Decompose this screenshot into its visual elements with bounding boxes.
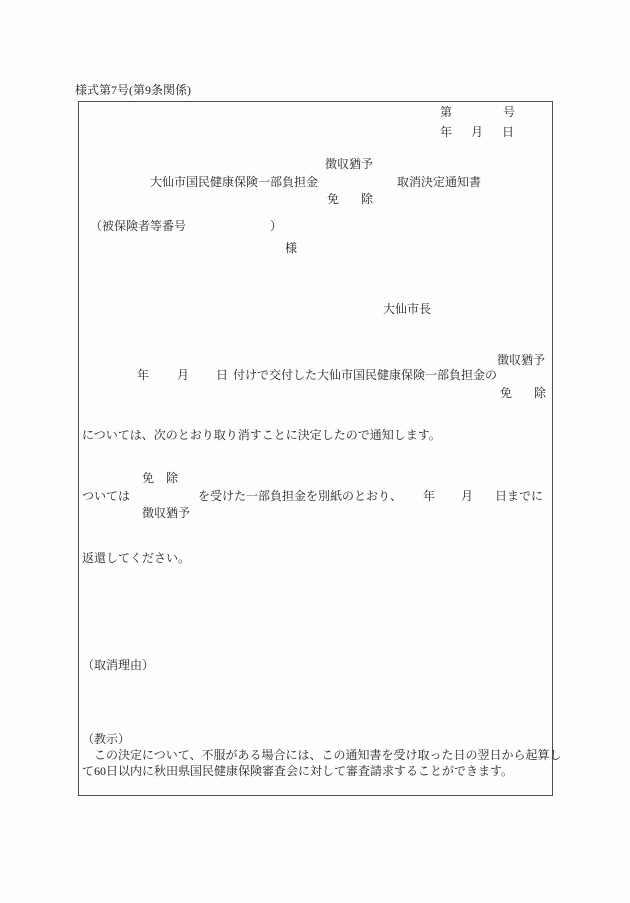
form-style-label: 様式第7号(第9条関係) xyxy=(75,84,191,96)
title-left-text: 大仙市国民健康保険一部負担金 xyxy=(150,176,318,188)
doc-number-suffix: 号 xyxy=(503,106,515,118)
instruction-text-line1: この決定について、不服がある場合には、この通知書を受け取った日の翌日から起算し xyxy=(82,749,562,761)
header-date-day: 日 xyxy=(502,126,514,138)
doc-number-prefix: 第 xyxy=(440,106,452,118)
body-line3-stack-top: 免 除 xyxy=(142,472,178,484)
body-line3-prefix: ついては xyxy=(82,490,130,502)
document-page: 様式第7号(第9条関係) 第 号 年 月 日 徴収猶予 大仙市国民健康保険一部負… xyxy=(0,0,630,903)
form-border-box xyxy=(78,101,553,796)
body-line3-stack-bottom: 徴収猶予 xyxy=(142,507,190,519)
instruction-text-line2: て60日以内に秋田県国民健康保険審査会に対して審査請求することができます。 xyxy=(82,765,513,777)
instruction-label: （教示） xyxy=(82,733,130,745)
title-right-text: 取消決定通知書 xyxy=(397,176,481,188)
body-line1-text: 付けで交付した大仙市国民健康保険一部負担金の xyxy=(233,369,497,381)
title-stack-top: 徴収猶予 xyxy=(325,158,373,170)
body-line1-year: 年 xyxy=(137,369,149,381)
body-line3-middle: を受けた一部負担金を別紙のとおり、 xyxy=(198,490,402,502)
body-line3-day: 日までに xyxy=(495,490,543,502)
header-date-month: 月 xyxy=(471,126,483,138)
body-line4: 返還してください。 xyxy=(82,552,190,564)
cancellation-reason-label: （取消理由） xyxy=(82,659,154,671)
header-date-year: 年 xyxy=(440,126,452,138)
issuer-name: 大仙市長 xyxy=(383,303,431,315)
body-line2: については、次のとおり取り消すことに決定したので通知します。 xyxy=(82,429,441,441)
insured-number-label: （被保険者等番号 ） xyxy=(90,220,282,232)
title-stack-bottom: 免 除 xyxy=(327,193,378,205)
body-line1-day: 日 xyxy=(216,369,228,381)
body-line1-stack-top: 徴収猶予 xyxy=(497,354,545,366)
addressee-honorific: 様 xyxy=(285,242,297,254)
body-line1-month: 月 xyxy=(177,369,189,381)
body-line3-year: 年 xyxy=(423,490,435,502)
body-line3-month: 月 xyxy=(461,490,473,502)
body-line1-stack-bottom: 免 除 xyxy=(500,387,551,399)
